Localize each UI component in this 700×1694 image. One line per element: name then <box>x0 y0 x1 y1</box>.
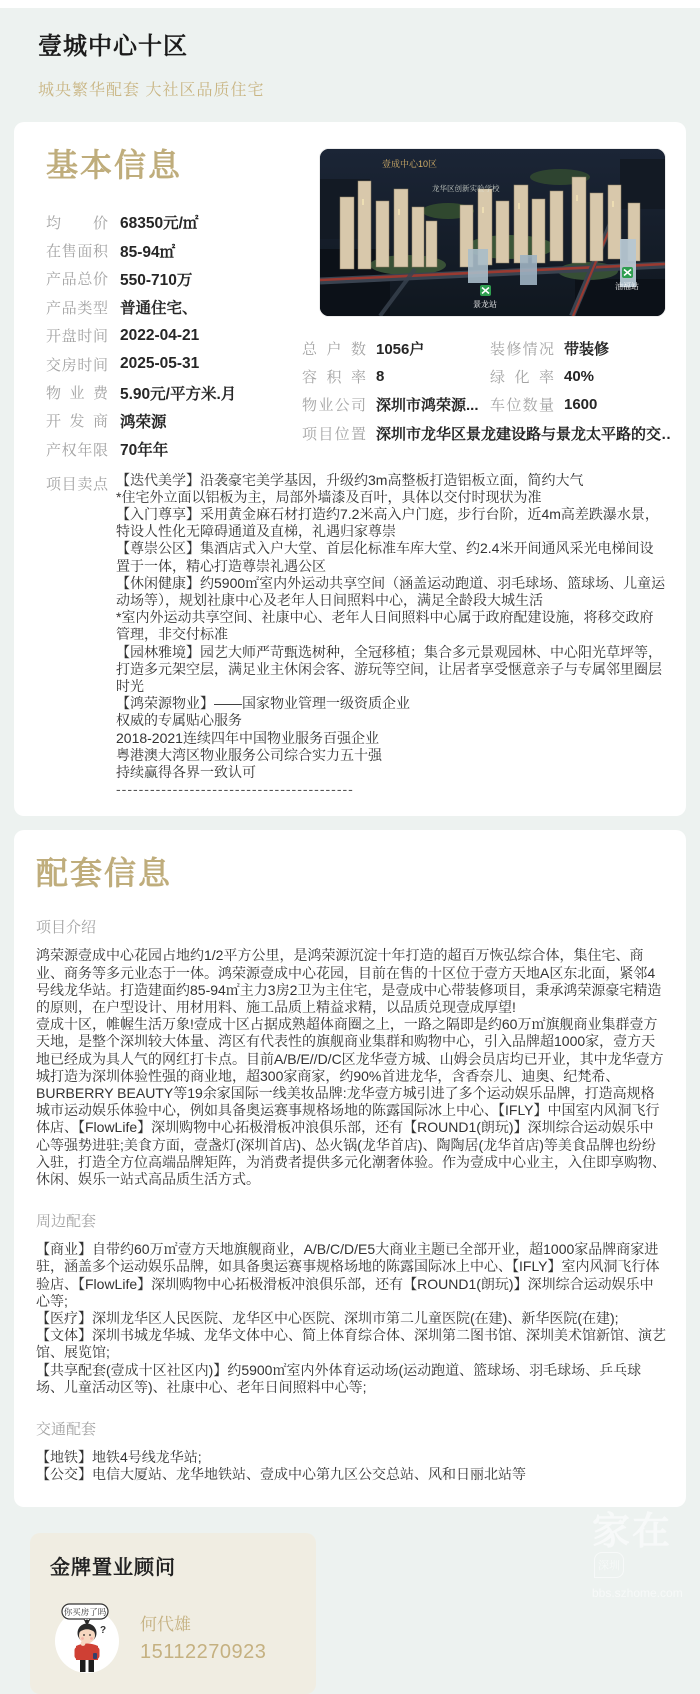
kv-label: 绿化率 <box>490 366 554 387</box>
transport-items: 【地铁】地铁4号线龙华站; 【公交】电信大厦站、龙华地铁站、壹成中心第九区公交总… <box>36 1449 666 1483</box>
transport-item: 【地铁】地铁4号线龙华站; <box>36 1449 666 1466</box>
page-title: 壹城中心十区 <box>38 26 662 61</box>
selling-point-line: 粤港澳大湾区物业服务公司综合实力五十强 <box>116 747 666 764</box>
consultant-row: 你买房了吗 <box>50 1600 296 1674</box>
kv-row-total-price: 产品总价 550-710万 <box>46 265 308 293</box>
kv-row-developer: 开发商 鸿荣源 <box>46 407 308 435</box>
photo-label-school: 龙华区创新实验学校 <box>432 183 500 193</box>
photo-label-station-right: 油福站 <box>615 281 639 291</box>
selling-point-line: 2018-2021连续四年中国物业服务百强企业 <box>116 730 666 747</box>
kv-value: 550-710万 <box>120 268 192 290</box>
kv-label: 产品总价 <box>46 268 108 289</box>
selling-point-line: 【园林雅境】园艺大师严苛甄选树种，全冠移植；集合多元景观园林、中心阳光草坪等，打… <box>116 644 666 696</box>
consultant-name: 何代雄 <box>140 1610 266 1635</box>
selling-point-line: *住宅外立面以铝板为主，局部外墙漆及百叶，具体以交付时现状为准 <box>116 489 666 506</box>
page: { "page": { "title": "壹城中心十区", "subtitle… <box>0 0 700 1694</box>
intro-paragraph: 壹成十区，帷幄生活万象!壹成十区占据成熟超体商圈之上，一路之隔即是约60万㎡旗舰… <box>36 1016 666 1188</box>
kv-label: 开盘时间 <box>46 325 108 346</box>
kv-value: 带装修 <box>564 338 609 359</box>
kv-value: 1056户 <box>376 338 424 359</box>
supporting-info-heading: 配套信息 <box>36 848 666 894</box>
kv-label: 产权年限 <box>46 439 108 460</box>
property-aerial-photo[interactable]: 壹成中心10区 龙华区创新实验学校 景龙站 油福站 <box>319 148 666 317</box>
nearby-item: 【商业】自带约60万㎡壹方天地旗舰商业，A/B/C/D/E5大商业主题已全部开业… <box>36 1241 666 1310</box>
nearby-item: 【共享配套(壹成十区社区内)】约5900㎡室内外体育运动场(运动跑道、篮球场、羽… <box>36 1362 666 1396</box>
intro-label: 项目介绍 <box>36 916 666 937</box>
kv-label: 容积率 <box>302 366 366 387</box>
consultant-avatar[interactable]: 你买房了吗 <box>50 1600 124 1674</box>
consultant-title: 金牌置业顾问 <box>50 1551 296 1580</box>
kv-label: 产品类型 <box>46 297 108 318</box>
page-subtitle: 城央繁华配套 大社区品质住宅 <box>38 77 662 100</box>
kv-row-tenure: 产权年限 70年年 <box>46 435 308 463</box>
selling-points-row: 项目卖点 【迭代美学】沿袭豪宅美学基因，升级约3m高整板打造铝板立面，简约大气 … <box>46 472 666 799</box>
kv-value: 1600 <box>564 396 597 413</box>
kv-value: 2022-04-21 <box>120 327 199 345</box>
kv-value: 普通住宅、 <box>120 296 198 318</box>
aerial-photo-illustration: 壹成中心10区 龙华区创新实验学校 景龙站 油福站 <box>320 149 665 316</box>
selling-point-line: 【鸿荣源物业】——国家物业管理一级资质企业 <box>116 695 666 712</box>
intro-paragraph: 鸿荣源壹成中心花园占地约1/2平方公里，是鸿荣源沉淀十年打造的超百万恢弘综合体，… <box>36 947 666 1016</box>
avatar-bubble-text: 你买房了吗 <box>64 1607 107 1617</box>
kv-label: 装修情况 <box>490 338 554 359</box>
nearby-label: 周边配套 <box>36 1210 666 1231</box>
kv-value: 70年年 <box>120 438 168 460</box>
kv-value: 深圳市鸿荣源... <box>376 394 479 415</box>
intro-paragraphs: 鸿荣源壹成中心花园占地约1/2平方公里，是鸿荣源沉淀十年打造的超百万恢弘综合体，… <box>36 947 666 1188</box>
kv-row-launch-date: 开盘时间 2022-04-21 <box>46 322 308 350</box>
kv-label: 物业公司 <box>302 394 366 415</box>
selling-point-line: 【入门尊享】采用黄金麻石材打造约7.2米高入户门庭，步行台阶，近4m高差跌瀑水景… <box>116 506 666 540</box>
selling-points-label: 项目卖点 <box>46 472 108 799</box>
basic-info-card: 基本信息 <box>14 122 686 816</box>
kv-value: 85-94㎡ <box>120 240 175 262</box>
photo-label-project: 壹成中心10区 <box>382 158 437 169</box>
kv-label: 物业费 <box>46 382 108 403</box>
kv-row-property-fee: 物业费 5.90元/平方米.月 <box>46 378 308 406</box>
nearby-item: 【文体】深圳书城龙华城、龙华文体中心、简上体育综合体、深圳第二图书馆、深圳美术馆… <box>36 1327 666 1361</box>
selling-point-divider: ----------------------------------------… <box>116 781 666 798</box>
selling-point-line: 持续赢得各界一致认可 <box>116 764 666 781</box>
kv-value: 5.90元/平方米.月 <box>120 382 236 404</box>
kv-value-location: 深圳市龙华区景龙建设路与景龙太平路的交… <box>376 423 672 444</box>
kv-label: 在售面积 <box>46 240 108 261</box>
basic-info-left-column: 均价 68350元/㎡ 在售面积 85-94㎡ 产品总价 550-710万 产品… <box>46 208 308 464</box>
kv-label: 均价 <box>46 212 108 233</box>
selling-point-line: 权威的专属贴心服务 <box>116 712 666 729</box>
kv-row-location: 项目位置 深圳市龙华区景龙建设路与景龙太平路的交… <box>302 419 672 447</box>
kv-row-households-decoration: 总户数 1056户 装修情况 带装修 <box>302 334 672 362</box>
kv-row-area: 在售面积 85-94㎡ <box>46 236 308 264</box>
selling-point-line: 【尊崇公区】集酒店式入户大堂、首层化标准车库大堂、约2.4米开间通风采光电梯间设… <box>116 540 666 574</box>
selling-points-content: 【迭代美学】沿袭豪宅美学基因，升级约3m高整板打造铝板立面，简约大气 *住宅外立… <box>116 472 666 799</box>
kv-row-plot-green-ratio: 容积率 8 绿化率 40% <box>302 362 672 390</box>
supporting-info-card: 配套信息 项目介绍 鸿荣源壹成中心花园占地约1/2平方公里，是鸿荣源沉淀十年打造… <box>14 830 686 1507</box>
consultant-info: 何代雄 15112270923 <box>140 1610 266 1664</box>
kv-row-product-type: 产品类型 普通住宅、 <box>46 293 308 321</box>
kv-label: 项目位置 <box>302 423 366 444</box>
kv-label: 开发商 <box>46 410 108 431</box>
photo-label-station-left: 景龙站 <box>473 299 497 309</box>
selling-point-line: 【休闲健康】约5900㎡室内外运动共享空间（涵盖运动跑道、羽毛球场、篮球场、儿童… <box>116 575 666 609</box>
kv-value: 68350元/㎡ <box>120 211 198 233</box>
city-block <box>620 159 665 209</box>
consultant-card[interactable]: 金牌置业顾问 你买房了吗 <box>30 1533 316 1694</box>
selling-point-line: 【迭代美学】沿袭豪宅美学基因，升级约3m高整板打造铝板立面，简约大气 <box>116 472 666 489</box>
kv-label: 交房时间 <box>46 354 108 375</box>
consultant-phone[interactable]: 15112270923 <box>140 1641 266 1664</box>
kv-label: 车位数量 <box>490 394 554 415</box>
kv-value: 鸿荣源 <box>120 410 167 432</box>
page-header: 壹城中心十区 城央繁华配套 大社区品质住宅 <box>0 8 700 122</box>
basic-info-right-column: 总户数 1056户 装修情况 带装修 容积率 8 绿化率 40% 物业公司 深圳… <box>302 334 672 448</box>
kv-label: 总户数 <box>302 338 366 359</box>
selling-point-line: *室内外运动共享空间、社康中心、老年人日间照料中心属于政府配建设施，将移交政府管… <box>116 609 666 643</box>
transport-item: 【公交】电信大厦站、龙华地铁站、壹成中心第九区公交总站、风和日丽北站等 <box>36 1466 666 1483</box>
site-watermark: 家在深圳 bbs.szhome.com <box>592 1512 700 1600</box>
kv-row-price: 均价 68350元/㎡ <box>46 208 308 236</box>
watermark-badge: 深圳 <box>594 1552 624 1578</box>
avatar-question-mark: ? <box>100 1625 106 1636</box>
watermark-text: 家在 <box>592 1512 672 1552</box>
kv-value: 40% <box>564 368 594 385</box>
kv-row-delivery-date: 交房时间 2025-05-31 <box>46 350 308 378</box>
watermark-url: bbs.szhome.com <box>592 1586 700 1600</box>
transport-label: 交通配套 <box>36 1418 666 1439</box>
top-strip <box>0 0 700 8</box>
kv-row-company-parking: 物业公司 深圳市鸿荣源... 车位数量 1600 <box>302 391 672 419</box>
nearby-item: 【医疗】深圳龙华区人民医院、龙华区中心医院、深圳市第二儿童医院(在建)、新华医院… <box>36 1310 666 1327</box>
kv-value: 2025-05-31 <box>120 355 199 373</box>
kv-value: 8 <box>376 368 384 385</box>
nearby-items: 【商业】自带约60万㎡壹方天地旗舰商业，A/B/C/D/E5大商业主题已全部开业… <box>36 1241 666 1396</box>
